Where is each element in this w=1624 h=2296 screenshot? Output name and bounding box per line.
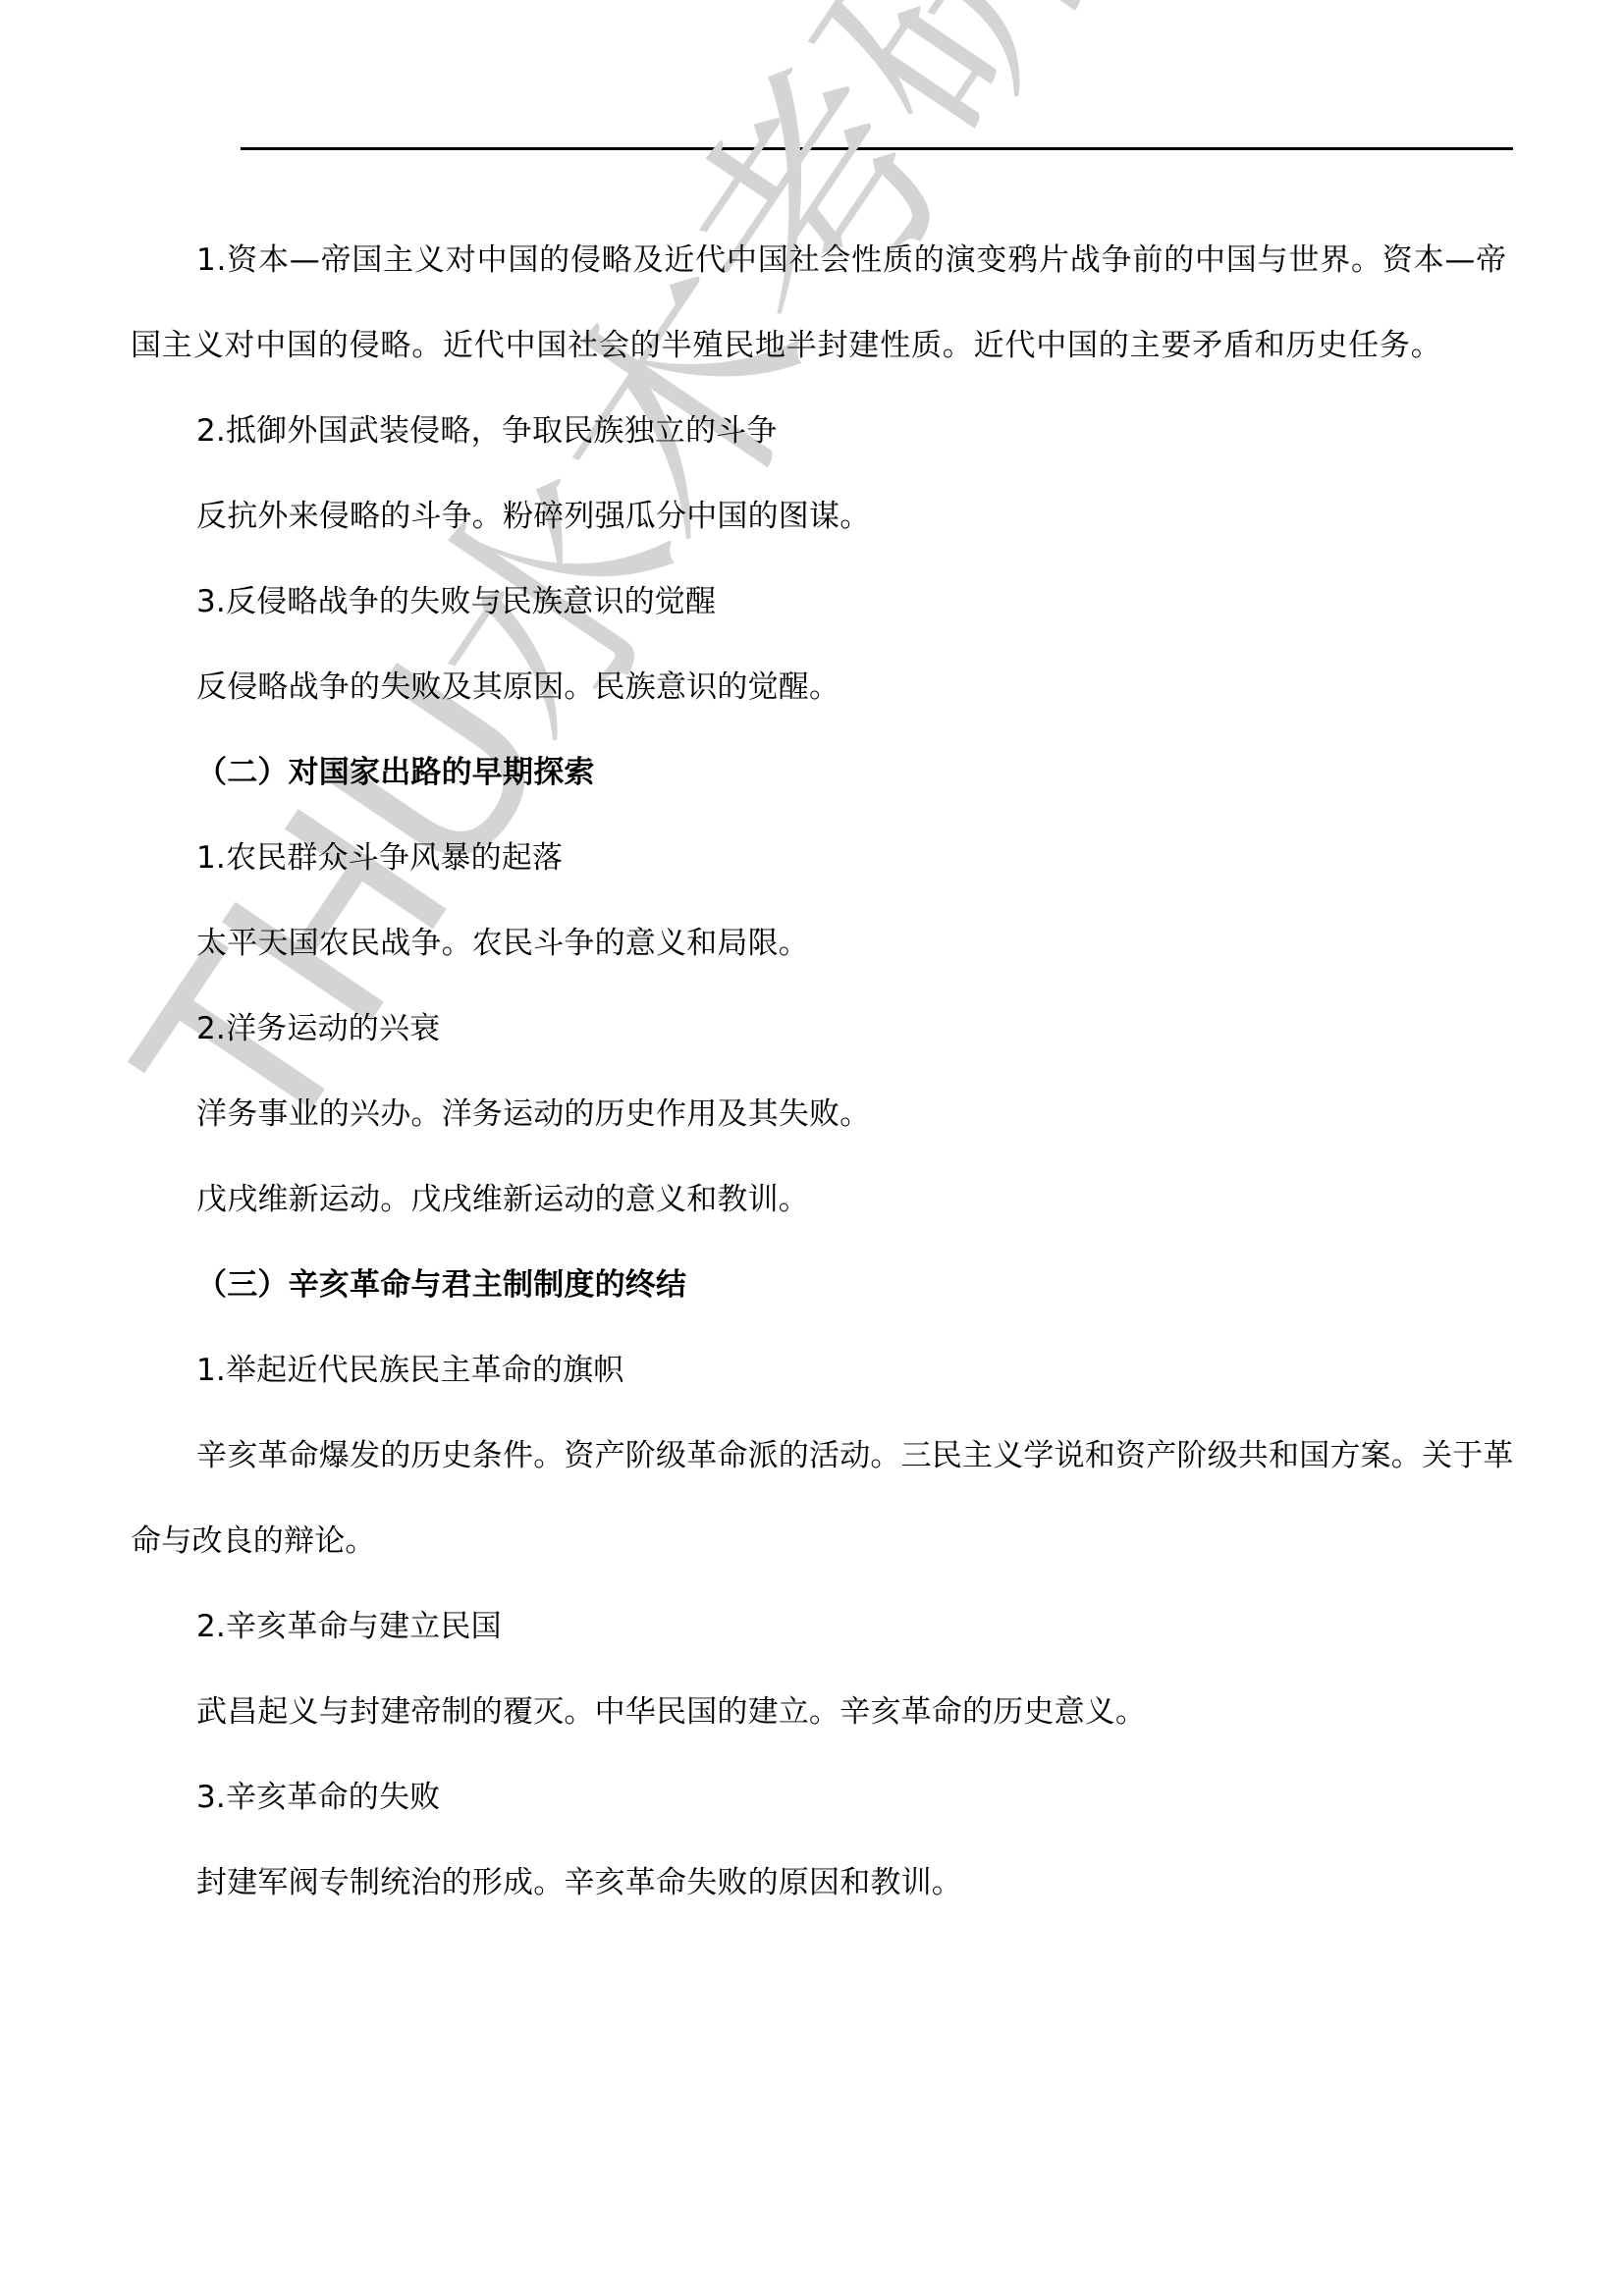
paragraph-body: 辛亥革命爆发的历史条件。资产阶级革命派的活动。三民主义学说和资产阶级共和国方案。… (131, 1414, 1525, 1584)
paragraph-subheading: 1.农民群众斗争风暴的起落 (131, 816, 1525, 901)
section-heading: （三）辛亥革命与君主制制度的终结 (131, 1243, 1525, 1328)
paragraph-subheading: 2.抵御外国武装侵略，争取民族独立的斗争 (131, 389, 1525, 474)
paragraph-body: 反侵略战争的失败及其原因。民族意识的觉醒。 (131, 645, 1525, 730)
document-body: 1.资本—帝国主义对中国的侵略及近代中国社会性质的演变鸦片战争前的中国与世界。资… (131, 218, 1525, 1926)
paragraph-body: 洋务事业的兴办。洋务运动的历史作用及其失败。 (131, 1072, 1525, 1157)
paragraph-body: 反抗外来侵略的斗争。粉碎列强瓜分中国的图谋。 (131, 474, 1525, 560)
paragraph-body: 太平天国农民战争。农民斗争的意义和局限。 (131, 901, 1525, 987)
paragraph-subheading: 3.反侵略战争的失败与民族意识的觉醒 (131, 560, 1525, 645)
paragraph-body: 武昌起义与封建帝制的覆灭。中华民国的建立。辛亥革命的历史意义。 (131, 1670, 1525, 1755)
paragraph-body: 1.资本—帝国主义对中国的侵略及近代中国社会性质的演变鸦片战争前的中国与世界。资… (131, 218, 1525, 389)
paragraph-subheading: 2.辛亥革命与建立民国 (131, 1584, 1525, 1670)
header-rule (241, 147, 1513, 150)
document-page: THU水木考研 1.资本—帝国主义对中国的侵略及近代中国社会性质的演变鸦片战争前… (0, 0, 1624, 2296)
paragraph-subheading: 1.举起近代民族民主革命的旗帜 (131, 1328, 1525, 1414)
paragraph-body: 戊戌维新运动。戊戌维新运动的意义和教训。 (131, 1157, 1525, 1243)
paragraph-subheading: 2.洋务运动的兴衰 (131, 987, 1525, 1072)
section-heading: （二）对国家出路的早期探索 (131, 730, 1525, 816)
paragraph-body: 封建军阀专制统治的形成。辛亥革命失败的原因和教训。 (131, 1841, 1525, 1926)
paragraph-subheading: 3.辛亥革命的失败 (131, 1755, 1525, 1841)
